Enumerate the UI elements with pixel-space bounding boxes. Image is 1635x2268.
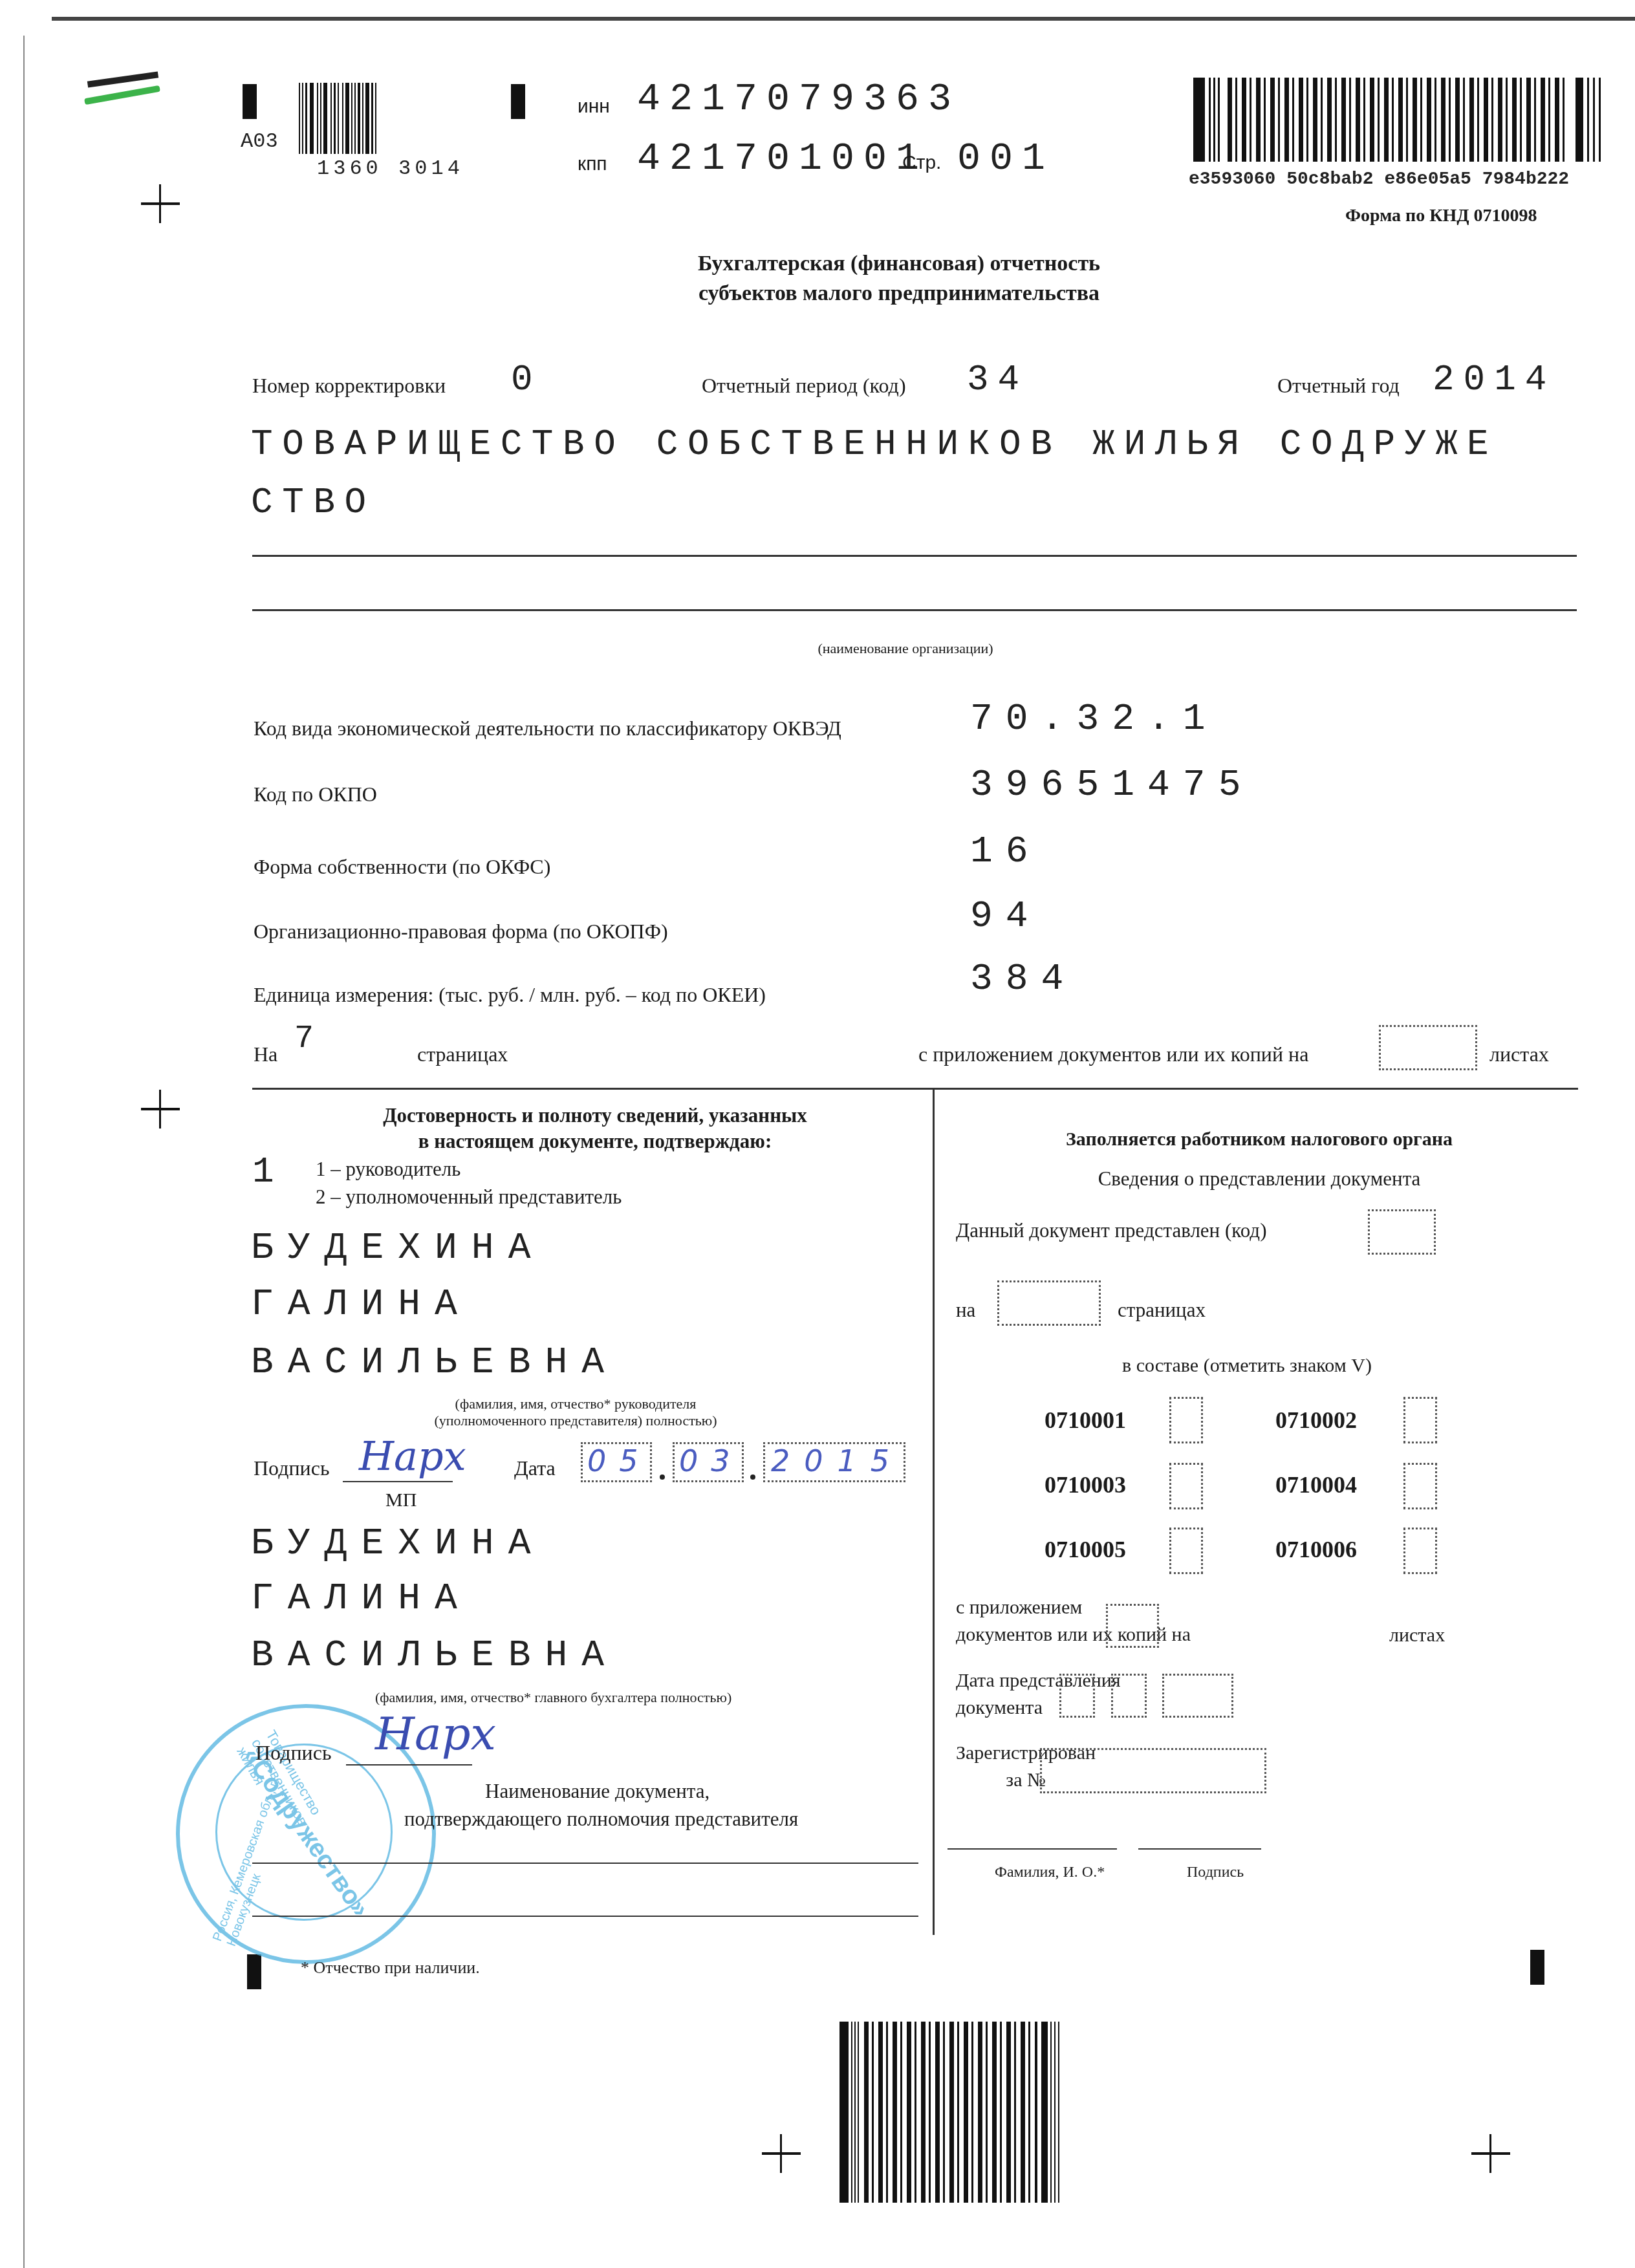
page-left-edge [23,36,25,2268]
doc-name-line-2 [252,1916,918,1917]
submission-date-label: Дата представления документа [956,1667,1121,1722]
confirmation-heading: Достоверность и полноту сведений, указан… [259,1103,931,1154]
doc-name-label-line1: Наименование документа, [485,1780,709,1803]
period-label: Отчетный период (код) [702,374,906,398]
accountant-signature: Нарх [375,1707,496,1760]
year-label: Отчетный год [1277,374,1400,398]
kpp-label: КПП [578,153,607,175]
submission-date-day-input[interactable] [1059,1674,1095,1718]
staple-mark [87,71,158,87]
page-top-edge [52,17,1635,21]
head-surname: БУДЕХИНА [251,1227,545,1269]
submitted-code-input[interactable] [1368,1209,1436,1255]
pdf417-barcode-top [1193,78,1601,162]
tax-attach-sheets-input[interactable] [1106,1604,1159,1648]
okpo-label: Код по ОКПО [254,783,377,806]
organization-name-line1: ТОВАРИЩЕСТВО СОБСТВЕННИКОВ ЖИЛЬЯ СОДРУЖЕ [251,424,1498,465]
section-divider [252,1088,1578,1090]
barcode-code: A03 [241,129,278,153]
corner-marker [511,84,525,119]
page-value: 001 [957,137,1054,181]
registration-cross-icon [1471,2134,1510,2173]
head-name: ГАЛИНА [251,1284,471,1326]
date-month-value: 03 [679,1443,743,1478]
date-separator-dot [750,1474,755,1480]
tax-pages-on-label: на [956,1299,975,1322]
form-0710004-label: 0710004 [1275,1471,1357,1498]
head-signature-line [343,1481,453,1482]
doc-name-label-line2: подтверждающего полномочия представителя [404,1808,798,1831]
org-underline-2 [252,609,1577,611]
date-label: Дата [514,1456,556,1480]
confirmation-heading-line1: Достоверность и полноту сведений, указан… [259,1103,931,1129]
head-caption: (фамилия, имя, отчество* руководителя (у… [362,1396,789,1429]
tax-attach-sheets-label: листах [1389,1625,1445,1647]
organization-name-line2: СТВО [251,482,376,523]
attachments-sheets-input[interactable] [1379,1025,1477,1070]
stamp-inner-ring [215,1744,393,1921]
head-caption-line1: (фамилия, имя, отчество* руководителя [362,1396,789,1412]
title-line2: субъектов малого предпринимательства [517,279,1281,308]
pdf417-barcode-bottom [839,2022,1059,2203]
submitted-code-label: Данный документ представлен (код) [956,1219,1266,1242]
corner-marker [243,84,257,119]
tax-pages-input[interactable] [997,1280,1101,1326]
submission-date-year-input[interactable] [1162,1674,1233,1718]
form-0710004-checkbox[interactable] [1403,1463,1437,1509]
staple-mark-green [84,85,160,105]
form-0710003-checkbox[interactable] [1169,1463,1203,1509]
doc-name-line-1 [252,1863,918,1864]
form-0710006-label: 0710006 [1275,1536,1357,1563]
footnote: * Отчество при наличии. [301,1958,480,1978]
okei-value: 384 [970,958,1076,1000]
fio-caption: Фамилия, И. О.* [995,1864,1105,1881]
form-0710003-label: 0710003 [1045,1471,1126,1498]
form-code: Форма по КНД 0710098 [1345,206,1537,226]
tax-office-heading: Заполняется работником налогового органа [946,1129,1573,1150]
tax-pages-label: страницах [1118,1299,1206,1322]
submission-date-month-input[interactable] [1111,1674,1147,1718]
submission-date-label-line2: документа [956,1694,1121,1722]
okopf-value: 94 [970,896,1041,938]
confirmation-heading-line2: в настоящем документе, подтверждаю: [259,1129,931,1154]
date-separator-dot [660,1474,665,1480]
year-value: 2014 [1433,359,1555,400]
form-0710005-label: 0710005 [1045,1536,1126,1563]
inn-value: 4217079363 [637,78,960,122]
org-underline-1 [252,555,1577,557]
tax-signature-caption: Подпись [1187,1864,1244,1881]
pages-label: страницах [417,1042,508,1066]
pages-value: 7 [294,1021,314,1057]
accountant-patronymic: ВАСИЛЬЕВНА [251,1635,618,1677]
tax-signature-line [1138,1848,1261,1850]
document-title: Бухгалтерская (финансовая) отчетность су… [517,249,1281,308]
inn-label: ИНН [578,96,610,118]
signer-option-2: 2 – уполномоченный представитель [316,1185,622,1209]
accountant-caption: (фамилия, имя, отчество* главного бухгал… [375,1689,731,1706]
form-0710001-label: 0710001 [1045,1407,1126,1434]
form-0710001-checkbox[interactable] [1169,1397,1203,1443]
page-label: Стр. [902,152,941,174]
column-divider [933,1088,935,1935]
accountant-signature-label: Подпись [255,1741,332,1765]
okfs-label: Форма собственности (по ОКФС) [254,855,550,879]
registration-cross-icon [762,2134,801,2173]
accountant-signature-line [346,1764,472,1766]
okei-label: Единица измерения: (тыс. руб. / млн. руб… [254,983,766,1007]
signer-type-value: 1 [252,1151,274,1193]
barcode-number: 1360 3014 [317,157,464,180]
date-day-value: 05 [587,1443,651,1478]
title-line1: Бухгалтерская (финансовая) отчетность [517,249,1281,279]
signer-option-1: 1 – руководитель [316,1158,460,1181]
form-0710002-label: 0710002 [1275,1407,1357,1434]
head-signature-label: Подпись [254,1456,330,1480]
form-0710006-checkbox[interactable] [1403,1528,1437,1574]
composition-label: в составе (отметить знаком V) [1122,1355,1372,1377]
okopf-label: Организационно-правовая форма (по ОКОПФ) [254,920,668,944]
okved-label: Код вида экономической деятельности по к… [254,717,841,740]
organization-caption: (наименование организации) [711,640,1099,657]
linear-barcode [299,83,376,154]
corner-marker [247,1954,261,1989]
mp-label: МП [385,1489,417,1511]
submission-date-label-line1: Дата представления [956,1667,1121,1694]
head-patronymic: ВАСИЛЬЕВНА [251,1342,618,1384]
registration-number-input[interactable] [1040,1748,1266,1793]
registration-cross-icon [141,1090,180,1129]
attachments-label: с приложением документов или их копий на [918,1042,1308,1066]
period-value: 34 [967,359,1028,400]
correction-value: 0 [511,359,533,400]
kpp-value: 421701001 [637,137,928,181]
okpo-value: 39651475 [970,764,1253,806]
accountant-surname: БУДЕХИНА [251,1523,545,1565]
form-0710002-checkbox[interactable] [1403,1397,1437,1443]
corner-marker [1530,1950,1544,1985]
okved-value: 70.32.1 [970,698,1218,740]
okfs-value: 16 [970,831,1041,873]
correction-label: Номер корректировки [252,374,446,398]
barcode-hash: e3593060 50c8bab2 e86e05a5 7984b222 [1189,169,1569,189]
form-0710005-checkbox[interactable] [1169,1528,1203,1574]
accountant-name: ГАЛИНА [251,1578,471,1620]
submission-subheading: Сведения о представлении документа [946,1167,1573,1191]
sheets-label: листах [1489,1042,1549,1066]
pages-on-label: На [254,1042,277,1066]
head-caption-line2: (уполномоченного представителя) полность… [362,1412,789,1429]
date-year-value: 2015 [771,1443,904,1478]
fio-line [947,1848,1117,1850]
registration-cross-icon [141,184,180,223]
head-signature: Нарх [359,1432,466,1480]
